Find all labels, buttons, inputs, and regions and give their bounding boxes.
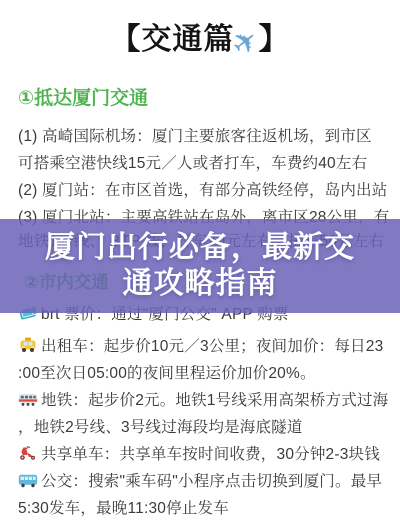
metro-icon — [18, 391, 38, 407]
city-row-bike: 共享单车：共享单车按时间收费，30分钟2-3块钱 — [18, 442, 380, 464]
title-bracket-open: 【 — [110, 23, 141, 56]
city-row-bus-cont: 5:30发车，最晚11:30停止发车 — [18, 496, 229, 518]
arrival-line: (1) 高崎国际机场：厦门主要旅客往返机场，到市区 — [18, 124, 372, 146]
city-row-text: 5:30发车，最晚11:30停止发车 — [18, 496, 229, 518]
city-row-metro: 地铁：起步价2元。地铁1号线采用高架桥方式过海 — [18, 388, 388, 410]
banner-title-line1: 厦门出行必备，最新交 — [45, 230, 355, 266]
city-row-text: ，地铁2号线、3号线过海段均是海底隧道 — [18, 415, 303, 437]
city-row-metro-cont: ，地铁2号线、3号线过海段均是海底隧道 — [18, 415, 303, 437]
city-row-bus: 公交：搜索"乘车码"小程序点击切换到厦门。最早 — [18, 469, 382, 491]
arrival-line: 可搭乘空港快线15元／人或者打车，车费约40左右 — [18, 151, 367, 173]
city-row-text: 出租车：起步价10元／3公里；夜间加价：每日23 — [41, 334, 383, 356]
guide-card: 【交通篇✈】 ①抵达厦门交通 (1) 高崎国际机场：厦门主要旅客往返机场，到市区… — [0, 0, 400, 532]
city-row-text: 地铁：起步价2元。地铁1号线采用高架桥方式过海 — [41, 388, 388, 410]
city-row-text: :00至次日05:00的夜间里程运价加价20%。 — [18, 361, 316, 383]
title-banner: 厦门出行必备，最新交 通攻略指南 — [0, 219, 400, 313]
city-row-taxi-cont: :00至次日05:00的夜间里程运价加价20%。 — [18, 361, 316, 383]
city-row-taxi: 出租车：起步价10元／3公里；夜间加价：每日23 — [18, 334, 383, 356]
arrival-line: (2) 厦门站：在市区首选，有部分高铁经停，岛内出站 — [18, 178, 387, 200]
taxi-icon — [18, 337, 38, 353]
city-row-text: 公交：搜索"乘车码"小程序点击切换到厦门。最早 — [41, 469, 382, 491]
page-title: 【交通篇✈】 — [0, 14, 400, 60]
scooter-icon — [18, 445, 38, 461]
bus-icon — [18, 472, 38, 488]
banner-title-line2: 通攻略指南 — [123, 266, 278, 302]
section-arrival-heading: ①抵达厦门交通 — [18, 83, 148, 110]
title-text: 交通篇 — [141, 23, 234, 56]
city-row-text: 共享单车：共享单车按时间收费，30分钟2-3块钱 — [41, 442, 380, 464]
